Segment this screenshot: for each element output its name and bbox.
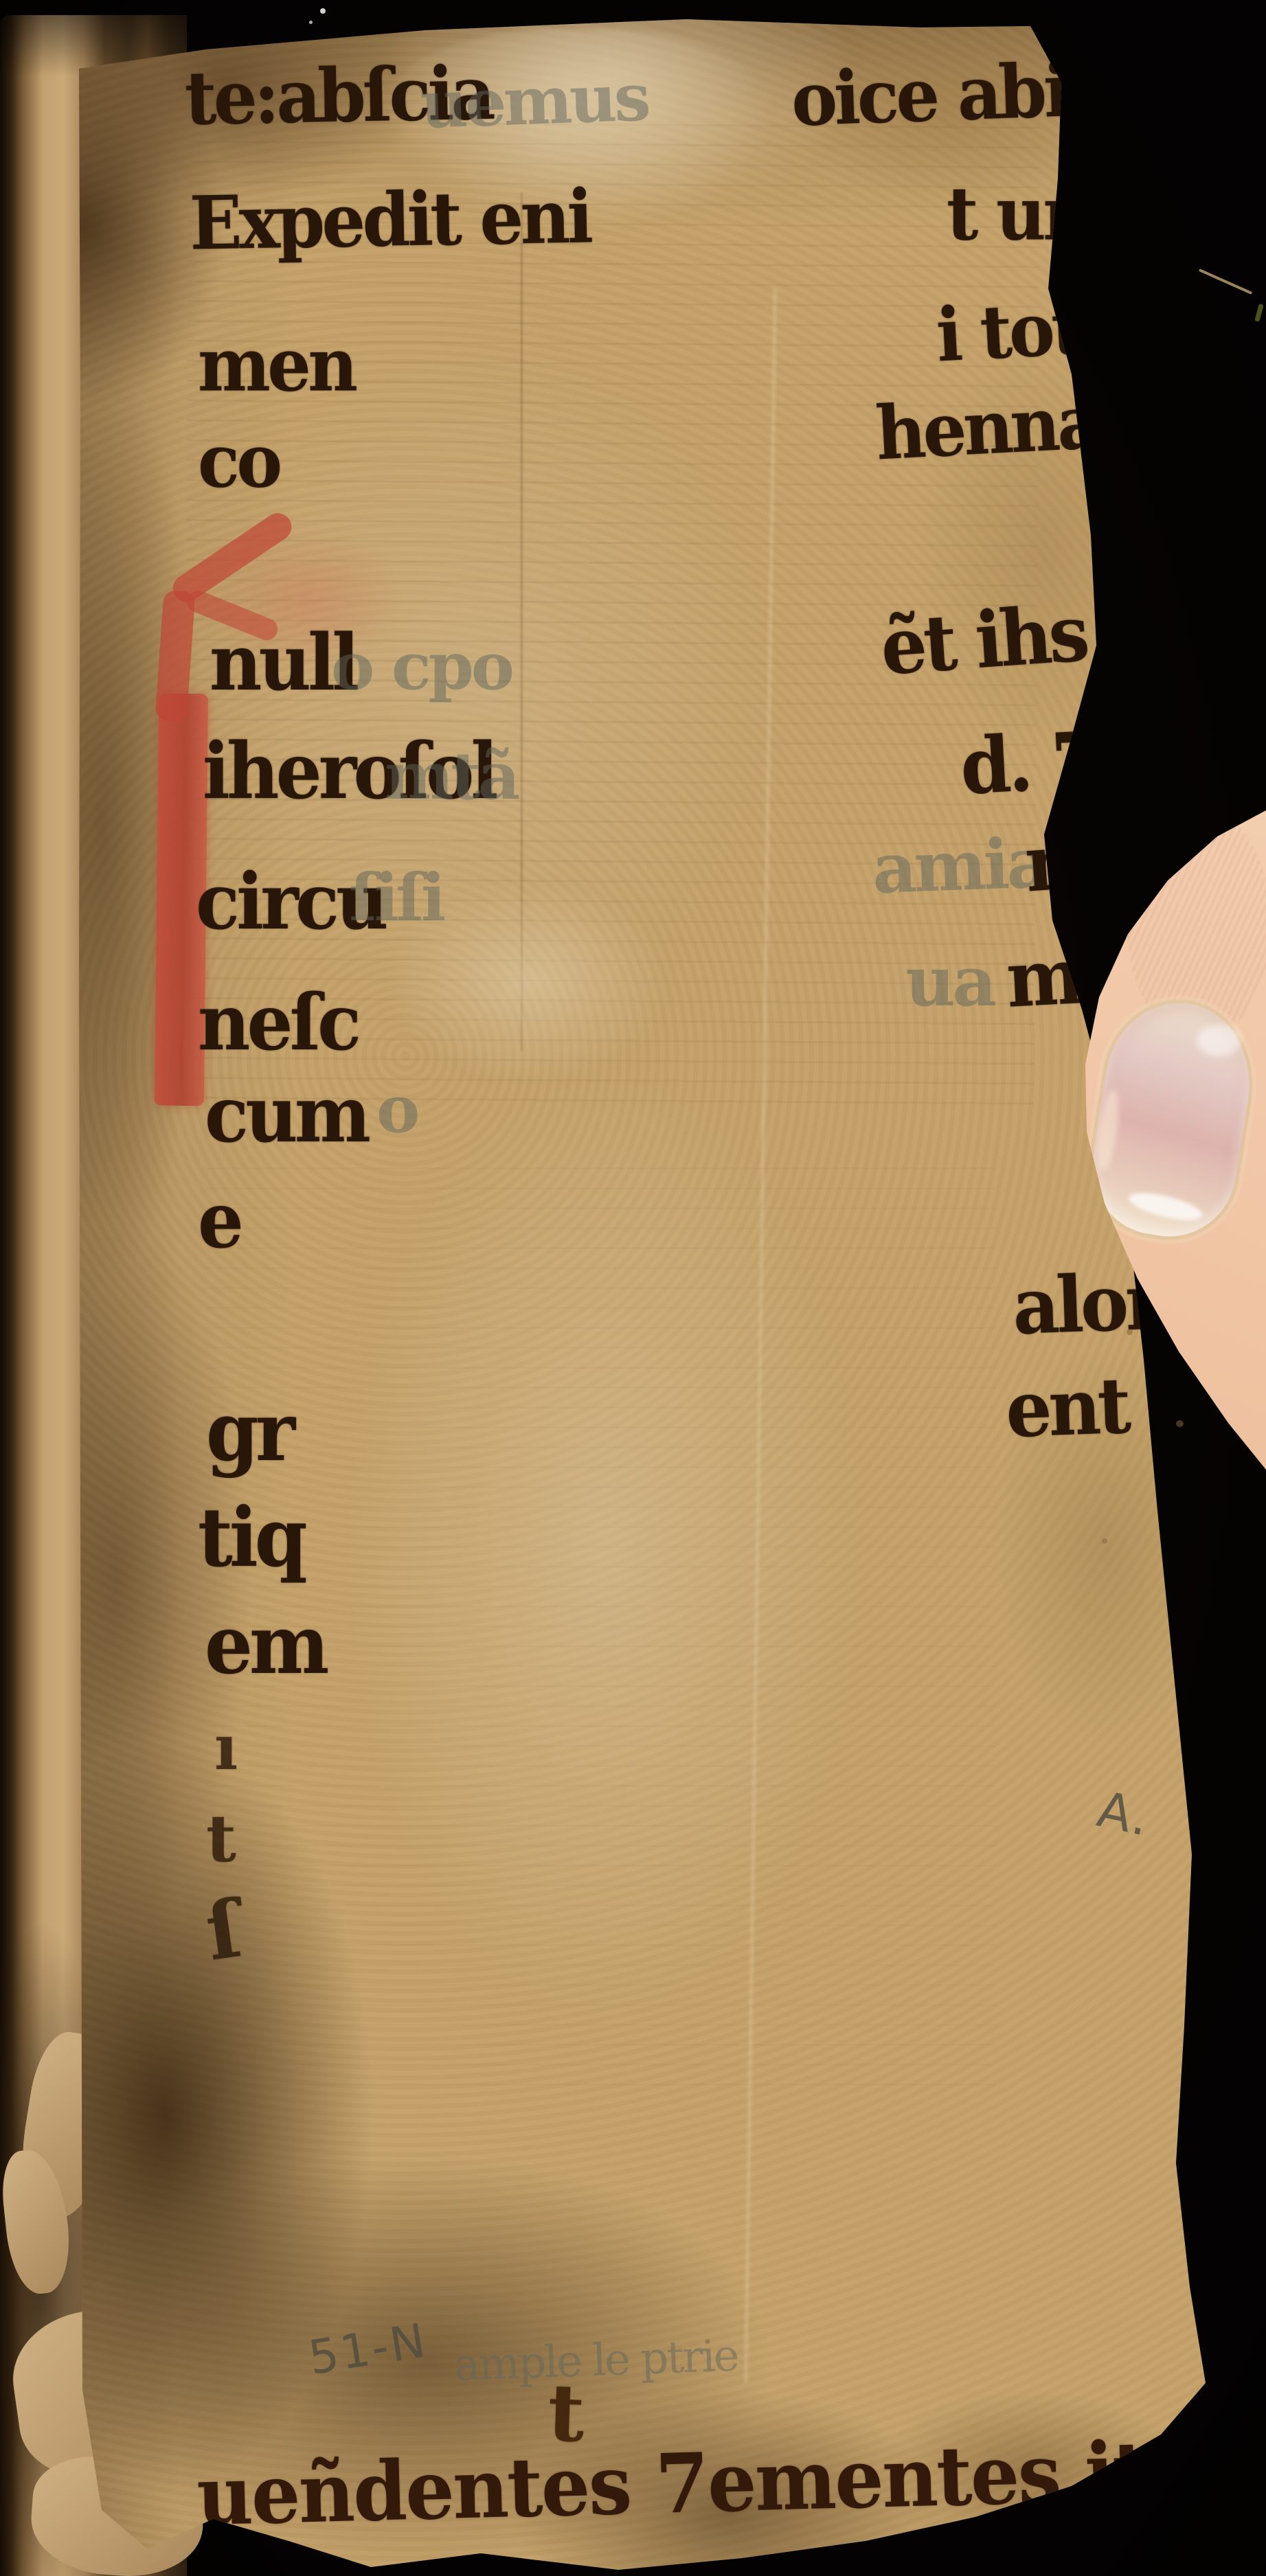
hair-fiber <box>1199 269 1252 295</box>
ms-text-faded: uemus <box>419 59 649 143</box>
dust-speck <box>309 21 313 24</box>
ms-text-line: cum <box>205 1069 368 1160</box>
ms-text-faded: ſiſi <box>349 860 443 936</box>
ms-text-line: e <box>198 1174 240 1266</box>
ms-text-line: Expedit eni <box>189 173 591 266</box>
dust-speck <box>1127 1329 1133 1335</box>
ms-text-faded: o <box>376 1071 417 1148</box>
ms-text-line: ent <box>1004 1360 1129 1455</box>
ms-text-line: co <box>198 418 280 504</box>
parchment-leaf: te:abſcia uemus oice abi Expedit eni t u… <box>0 0 1266 2576</box>
nail-shine <box>1197 1025 1241 1056</box>
ms-text-line: i toti <box>934 283 1105 378</box>
green-fiber <box>1254 304 1263 322</box>
ms-text-faded: mtã <box>385 738 517 814</box>
ms-text-faded: amia <box>871 822 1049 909</box>
ms-text-line: oice abi <box>790 47 1068 143</box>
ms-letter-trace: ı <box>214 1711 235 1784</box>
dust-speck <box>1176 1420 1184 1427</box>
pencil-annotation: A. <box>1093 1780 1156 1847</box>
manuscript-photograph: te:abſcia uemus oice abi Expedit eni t u… <box>0 0 1266 2576</box>
ms-bottom-line: ueñdentes 7ementes itẽpl <box>196 2421 1266 2544</box>
ms-text-line: ẽt ihs <box>878 587 1089 692</box>
ms-text-line: gr <box>206 1384 292 1479</box>
ms-text-line: em <box>205 1597 326 1692</box>
ms-text-line: m <box>1022 814 1101 910</box>
dust-speck <box>1102 1538 1107 1544</box>
ms-text-faded: o cpo <box>331 628 512 705</box>
ms-text-line: t uni <box>947 170 1113 257</box>
pencil-shelfmark: 51-N <box>305 2314 431 2386</box>
ms-letter-trace: t <box>206 1801 234 1877</box>
ms-text-line: neſc <box>198 977 358 1068</box>
dust-speck <box>320 8 326 14</box>
ms-text-line: m <box>1004 930 1082 1025</box>
ms-text-line: tiq <box>198 1490 304 1585</box>
ms-text-line: henna <box>874 378 1100 477</box>
ms-text-line: men <box>198 321 355 408</box>
faint-inscription: ample le ptrie <box>453 2331 738 2391</box>
ms-text-line: d. 7 <box>958 714 1100 812</box>
ms-text-faded: ua <box>905 941 994 1022</box>
